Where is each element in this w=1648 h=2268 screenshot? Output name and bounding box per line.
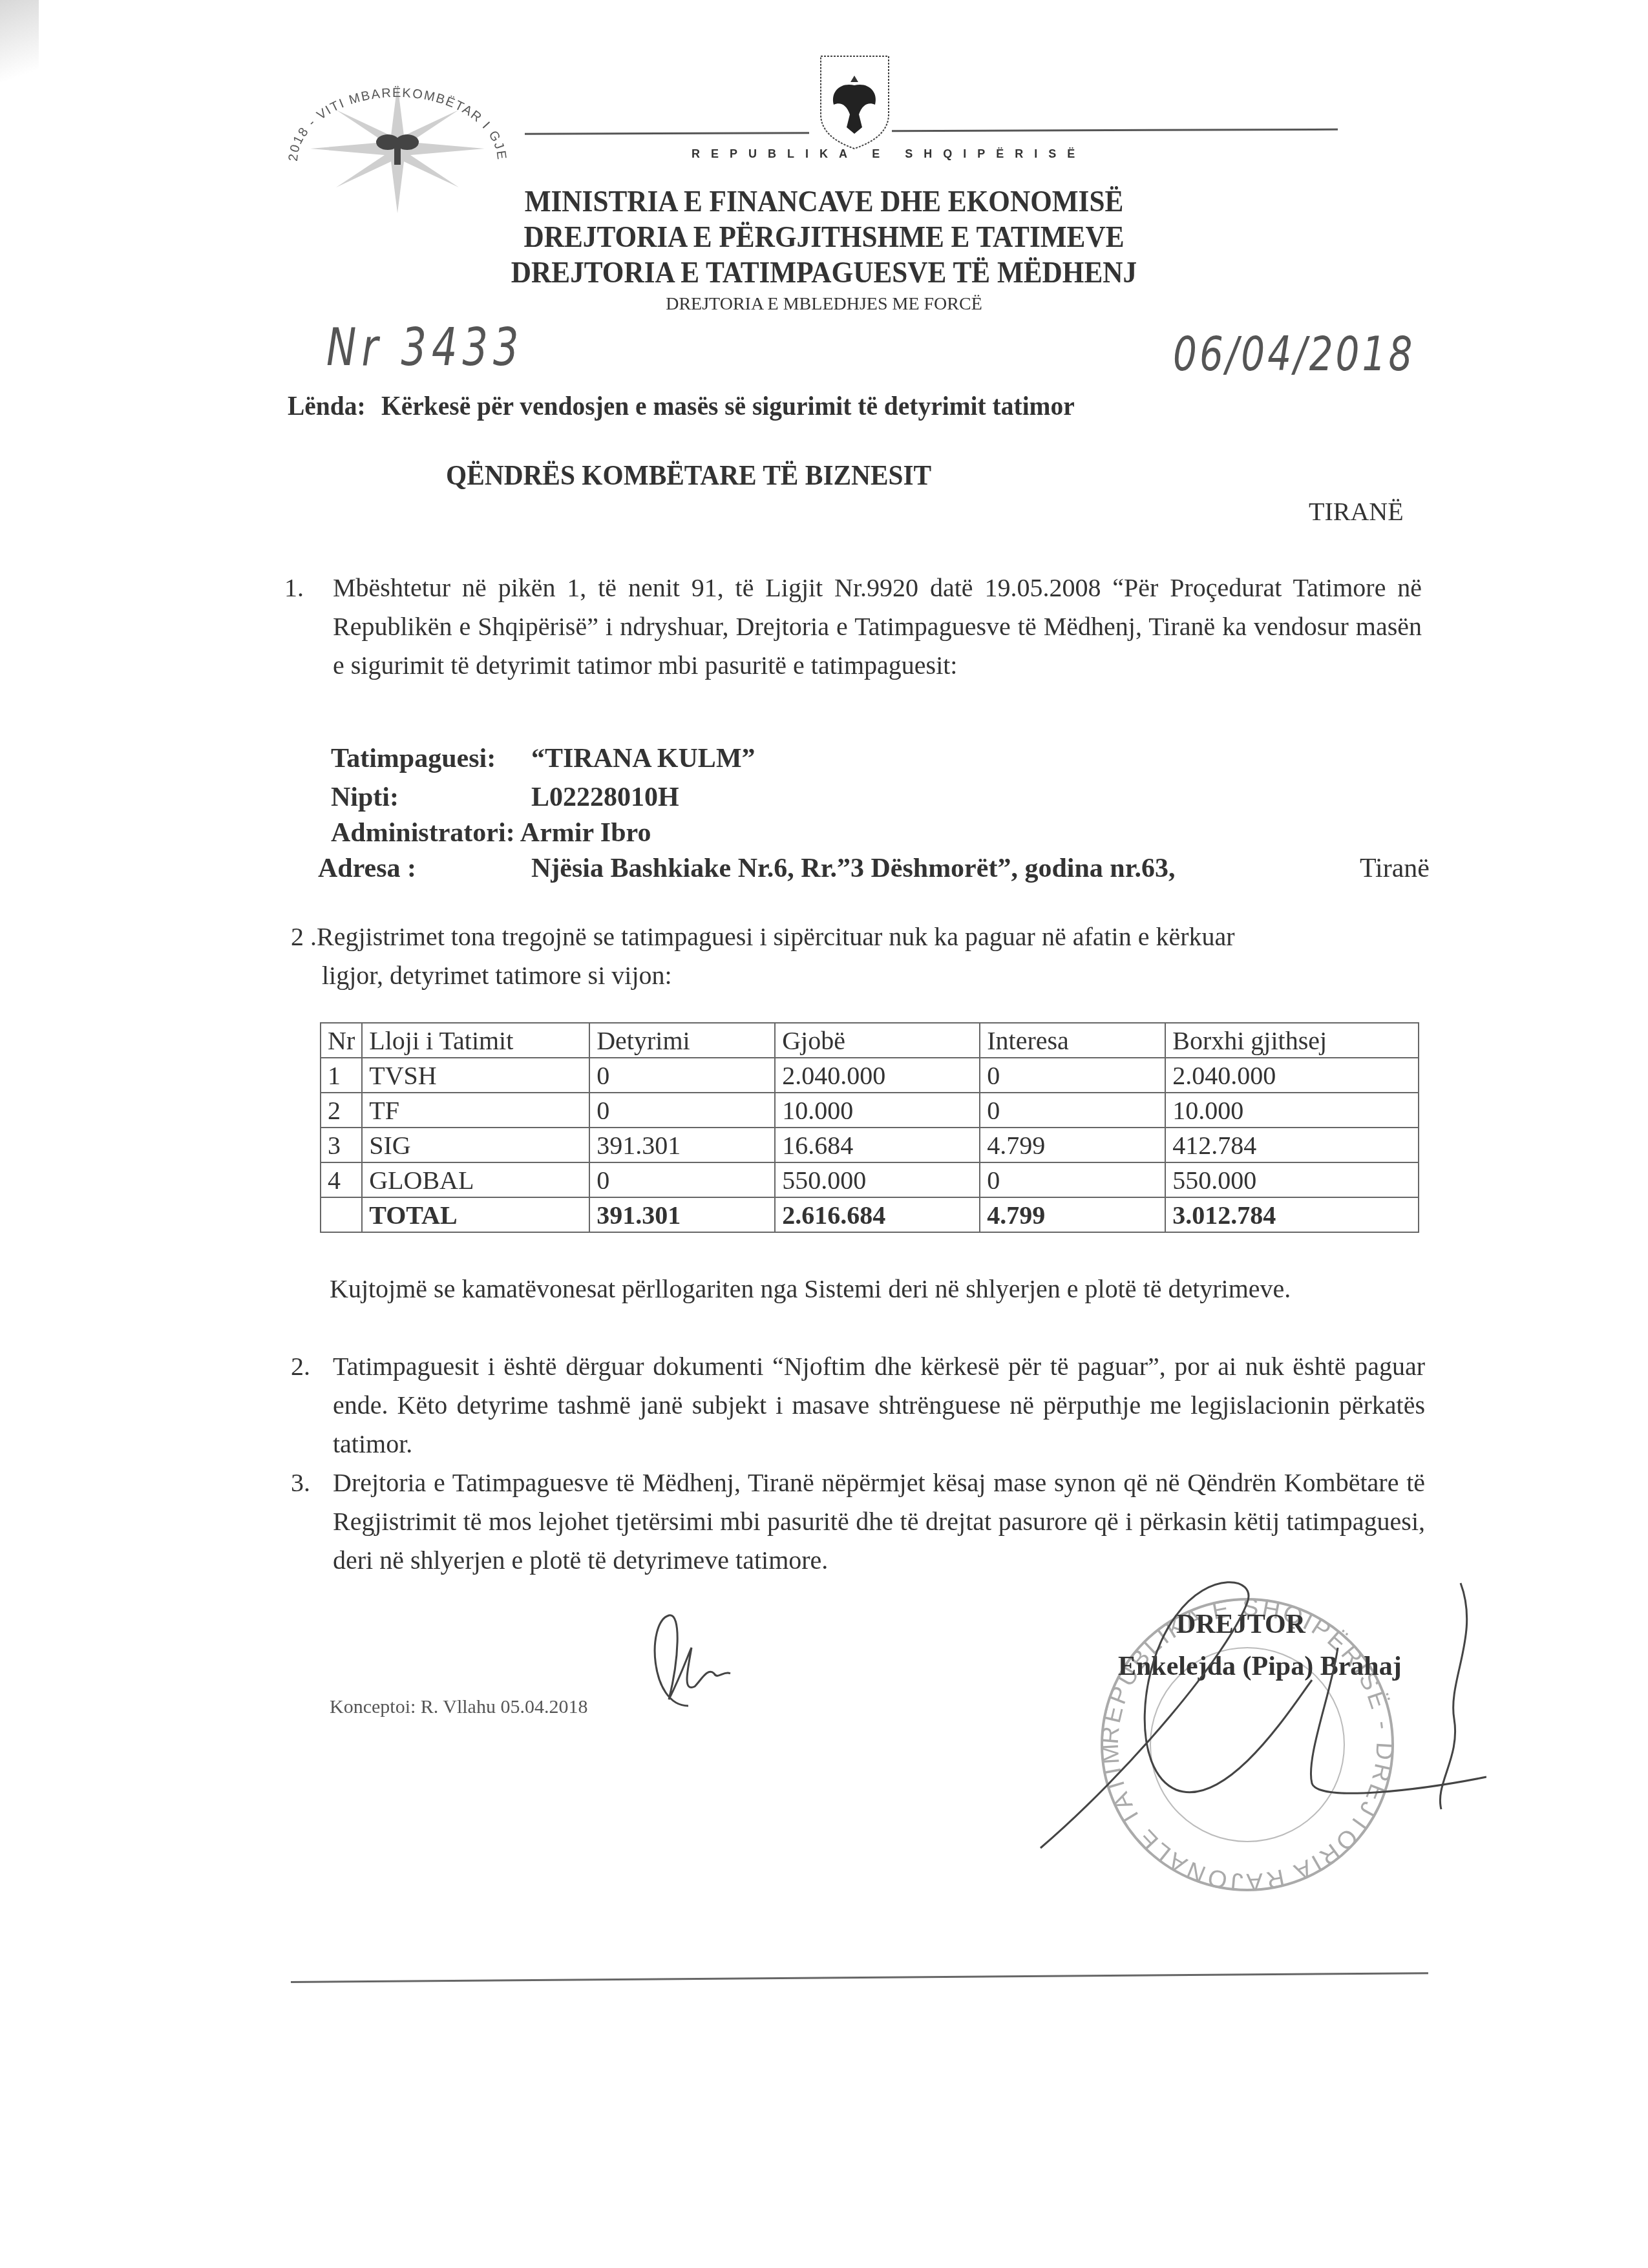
cell-penalty: 10.000 <box>775 1093 980 1128</box>
table-header-row: Nr Lloji i Tatimit Detyrimi Gjobë Intere… <box>321 1023 1419 1058</box>
cell-tax-type: TVSH <box>362 1058 589 1093</box>
footer-divider <box>291 1972 1428 1983</box>
list-item: 3. Drejtoria e Tatimpaguesve të Mëdhenj,… <box>291 1464 1425 1580</box>
handwritten-signature-icon <box>643 1609 746 1738</box>
header-divider-right <box>892 129 1338 132</box>
list-item-text: Tatimpaguesit i është dërguar dokumenti … <box>333 1352 1425 1458</box>
cell-nr: 2 <box>321 1093 362 1128</box>
col-header-tax-type: Lloji i Tatimit <box>362 1023 589 1058</box>
total-cell-interest: 4.799 <box>980 1197 1165 1232</box>
cell-interest: 0 <box>980 1093 1165 1128</box>
cell-obligation: 0 <box>589 1162 775 1197</box>
col-header-obligation: Detyrimi <box>589 1023 775 1058</box>
col-header-nr: Nr <box>321 1023 362 1058</box>
reference-number: Nr 3433 <box>326 317 523 378</box>
cell-obligation: 0 <box>589 1093 775 1128</box>
cell-tax-type: GLOBAL <box>362 1162 589 1197</box>
cell-tax-type: SIG <box>362 1128 589 1162</box>
prepared-by: Konceptoi: R. Vllahu 05.04.2018 <box>330 1696 587 1718</box>
total-cell-tax-type: TOTAL <box>362 1197 589 1232</box>
paragraph-2-line-2: ligjor, detyrimet tatimore si vijon: <box>291 956 1415 995</box>
subject-text: Kërkesë për vendosjen e masës së sigurim… <box>381 392 1075 421</box>
cell-penalty: 550.000 <box>775 1162 980 1197</box>
cell-interest: 0 <box>980 1058 1165 1093</box>
cell-total-debt: 10.000 <box>1165 1093 1419 1128</box>
list-item: 2. Tatimpaguesit i është dërguar dokumen… <box>291 1347 1425 1464</box>
table-total-row: TOTAL391.3012.616.6844.7993.012.784 <box>321 1197 1419 1232</box>
cell-tax-type: TF <box>362 1093 589 1128</box>
cell-interest: 0 <box>980 1162 1165 1197</box>
taxpayer-address-row: Adresa :Njësia Bashkiake Nr.6, Rr.”3 Dës… <box>318 853 1430 884</box>
cell-total-debt: 2.040.000 <box>1165 1058 1419 1093</box>
director-signature-icon <box>1034 1577 1486 1854</box>
col-header-interest: Interesa <box>980 1023 1165 1058</box>
taxpayer-admin-row: Administratori: Armir Ibro <box>331 817 651 848</box>
list-item-number: 2. <box>291 1347 310 1386</box>
cell-nr: 4 <box>321 1162 362 1197</box>
table-row: 4GLOBAL0550.0000550.000 <box>321 1162 1419 1197</box>
directorate-title: DREJTORIA E TATIMPAGUESVE TË MËDHENJ <box>50 255 1599 289</box>
table-row: 2TF010.000010.000 <box>321 1093 1419 1128</box>
department-title: DREJTORIA E MBLEDHJES ME FORCË <box>0 294 1648 315</box>
directorate-general-title: DREJTORIA E PËRGJITHSHME E TATIMEVE <box>50 220 1599 254</box>
list-item-text: Drejtoria e Tatimpaguesve të Mëdhenj, Ti… <box>333 1468 1425 1575</box>
total-cell-obligation: 391.301 <box>589 1197 775 1232</box>
cell-total-debt: 412.784 <box>1165 1128 1419 1162</box>
col-header-penalty: Gjobë <box>775 1023 980 1058</box>
cell-penalty: 16.684 <box>775 1128 980 1162</box>
table-row: 1TVSH02.040.00002.040.000 <box>321 1058 1419 1093</box>
cell-nr: 3 <box>321 1128 362 1162</box>
paragraph-2-line-1: 2 .Regjistrimet tona tregojnë se tatimpa… <box>291 918 1415 956</box>
taxpayer-name-label: Tatimpaguesi: <box>331 743 531 774</box>
ministry-title: MINISTRIA E FINANCAVE DHE EKONOMISË <box>50 184 1599 218</box>
col-header-total-debt: Borxhi gjithsej <box>1165 1023 1419 1058</box>
admin-value: Armir Ibro <box>520 818 651 848</box>
reference-date: 06/04/2018 <box>1173 326 1415 381</box>
taxpayer-nipt-row: Nipti:L02228010H <box>331 782 679 813</box>
subject-line: Lënda:Kërkesë për vendosjen e masës së s… <box>288 391 1075 422</box>
nipt-value: L02228010H <box>531 782 679 812</box>
recipient-city: TIRANË <box>1309 496 1404 527</box>
recipient-name: QËNDRËS KOMBËTARE TË BIZNESIT <box>446 459 931 492</box>
address-label: Adresa : <box>318 853 531 884</box>
total-cell-total-debt: 3.012.784 <box>1165 1197 1419 1232</box>
reminder-text: Kujtojmë se kamatëvonesat përllogariten … <box>330 1270 1364 1308</box>
cell-total-debt: 550.000 <box>1165 1162 1419 1197</box>
cell-penalty: 2.040.000 <box>775 1058 980 1093</box>
country-name: REPUBLIKA E SHQIPËRISË <box>692 147 1086 161</box>
paragraph-2: 2 .Regjistrimet tona tregojnë se tatimpa… <box>291 918 1415 995</box>
tax-debt-table: Nr Lloji i Tatimit Detyrimi Gjobë Intere… <box>320 1022 1419 1233</box>
total-cell-penalty: 2.616.684 <box>775 1197 980 1232</box>
admin-label: Administratori: <box>331 818 515 848</box>
cell-nr: 1 <box>321 1058 362 1093</box>
nipt-label: Nipti: <box>331 782 531 813</box>
total-cell-nr <box>321 1197 362 1232</box>
paragraph-number: 1. <box>284 569 304 607</box>
numbered-list: 2. Tatimpaguesit i është dërguar dokumen… <box>291 1347 1425 1580</box>
scan-shadow <box>0 0 39 90</box>
list-item-number: 3. <box>291 1464 310 1502</box>
coat-of-arms-icon <box>818 53 892 150</box>
header-divider-left <box>525 132 809 135</box>
cell-obligation: 0 <box>589 1058 775 1093</box>
paragraph-text: Mbështetur në pikën 1, të nenit 91, të L… <box>333 569 1422 685</box>
paragraph-1: 1. Mbështetur në pikën 1, të nenit 91, t… <box>284 569 1422 685</box>
address-city: Tiranë <box>1360 853 1430 884</box>
address-value: Njësia Bashkiake Nr.6, Rr.”3 Dëshmorët”,… <box>531 854 1175 883</box>
taxpayer-name: “TIRANA KULM” <box>531 744 755 773</box>
taxpayer-name-row: Tatimpaguesi:“TIRANA KULM” <box>331 743 755 774</box>
cell-interest: 4.799 <box>980 1128 1165 1162</box>
cell-obligation: 391.301 <box>589 1128 775 1162</box>
subject-label: Lënda: <box>288 392 366 421</box>
table-row: 3SIG391.30116.6844.799412.784 <box>321 1128 1419 1162</box>
